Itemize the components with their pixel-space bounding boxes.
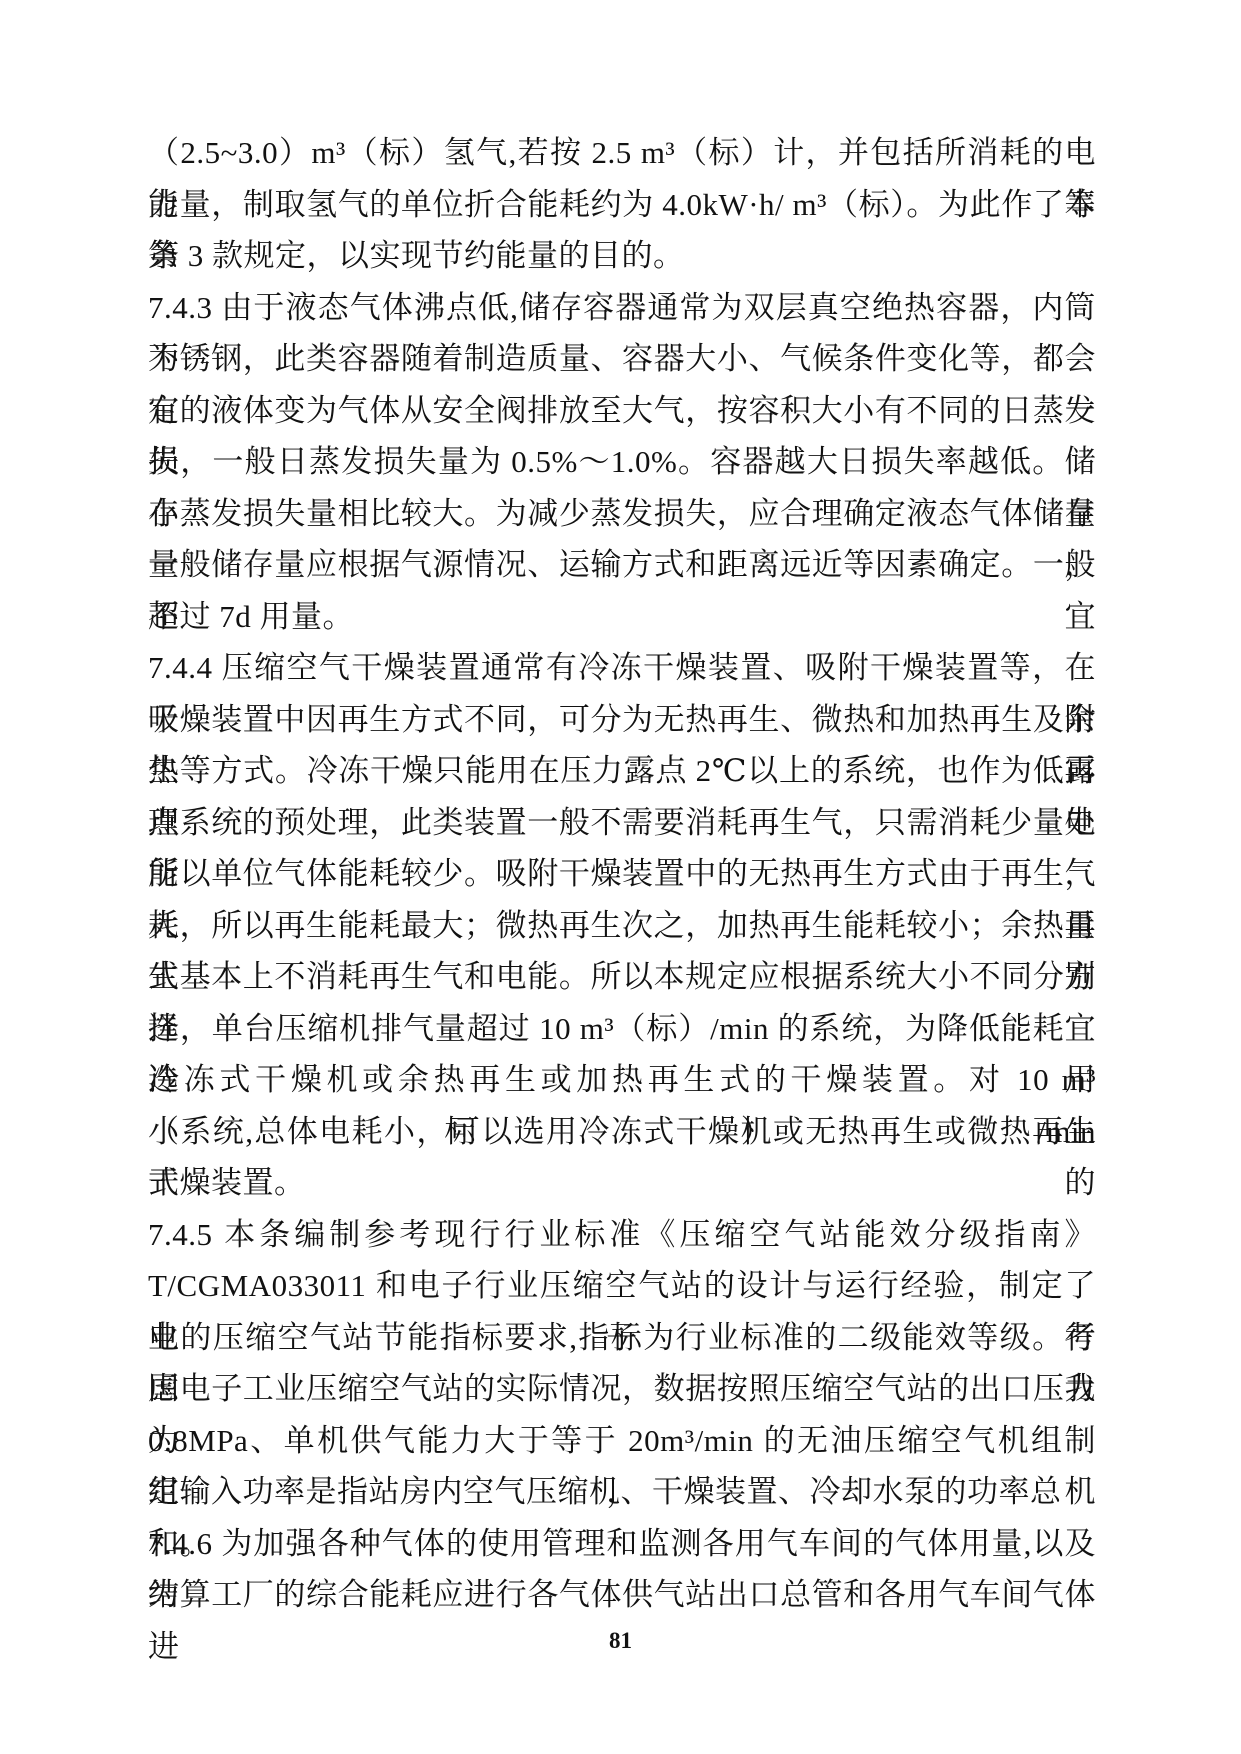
text-line: 择，单台压缩机排气量超过 10 m³（标）/min 的系统，为降低能耗宜选用 [148, 1003, 1096, 1055]
text-line: 失，一般日蒸发损失量为 0.5%～1.0%。容器越大日损失率越低。储存量 [148, 436, 1096, 488]
text-line: 小系统,总体电耗小，可以选用冷冻式干燥机或无热再生或微热再生式的 [148, 1106, 1096, 1158]
text-line: 国电子工业压缩空气站的实际情况，数据按照压缩空气站的出口压力为 [148, 1363, 1096, 1415]
text-line: 不锈钢，此类容器随着制造质量、容器大小、气候条件变化等，都会有一 [148, 333, 1096, 385]
text-line: 冷冻式干燥机或余热再生或加热再生式的干燥装置。对 10 m³（标）/min [148, 1054, 1096, 1106]
text-line: 生等方式。冷冻干燥只能用在压力露点 2℃以上的系统，也作为低露点处 [148, 745, 1096, 797]
text-line: 结算工厂的综合能耗应进行各气体供气站出口总管和各用气车间气体进 [148, 1569, 1096, 1621]
text-line: 大，所以再生能耗最大；微热再生次之，加热再生能耗较小；余热再生方 [148, 900, 1096, 952]
text-line: 0.8MPa、单机供气能力大于等于 20m³/min 的无油压缩空气机组制定，机 [148, 1415, 1096, 1467]
text-block: （2.5~3.0）m³（标）氢气,若按 2.5 m³（标）计，并包括所消耗的电力… [148, 127, 1096, 1621]
clause-7-4-6-line: 7.4.6 为加强各种气体的使用管理和监测各用气车间的气体用量,以及为 [148, 1518, 1096, 1570]
text-line: 理系统的预处理，此类装置一般不需要消耗再生气，只需消耗少量电能， [148, 797, 1096, 849]
document-page: （2.5~3.0）m³（标）氢气,若按 2.5 m³（标）计，并包括所消耗的电力… [0, 0, 1241, 1754]
text-line: 小蒸发损失量相比较大。为减少蒸发损失，应合理确定液态气体储存量， [148, 488, 1096, 540]
text-line: 业的压缩空气站节能指标要求,指标为行业标准的二级能效等级。考虑我 [148, 1312, 1096, 1364]
text-line: 定的液体变为气体从安全阀排放至大气，按容积大小有不同的日蒸发损 [148, 385, 1096, 437]
clause-7-4-5-line: 7.4.5 本条编制参考现行行业标准《压缩空气站能效分级指南》 [148, 1209, 1096, 1261]
text-line: 一般储存量应根据气源情况、运输方式和距离远近等因素确定。一般不宜 [148, 539, 1096, 591]
clause-7-4-3-line: 7.4.3 由于液态气体沸点低,储存容器通常为双层真空绝热容器，内筒为 [148, 282, 1096, 334]
text-line: 组输入功率是指站房内空气压缩机、干燥装置、冷却水泵的功率总和。 [148, 1466, 1096, 1518]
text-line: （2.5~3.0）m³（标）氢气,若按 2.5 m³（标）计，并包括所消耗的电力… [148, 127, 1096, 179]
text-line: T/CGMA033011 和电子行业压缩空气站的设计与运行经验，制定了电子行 [148, 1260, 1096, 1312]
text-line: 式基本上不消耗再生气和电能。所以本规定应根据系统大小不同分别选 [148, 951, 1096, 1003]
text-line: 第 3 款规定，以实现节约能量的目的。 [148, 230, 1096, 282]
page-number: 81 [0, 1628, 1241, 1654]
clause-7-4-4-line: 7.4.4 压缩空气干燥装置通常有冷冻干燥装置、吸附干燥装置等，在吸附 [148, 642, 1096, 694]
text-line: 所以单位气体能耗较少。吸附干燥装置中的无热再生方式由于再生气耗量 [148, 848, 1096, 900]
text-line: 能量，制取氢气的单位折合能耗约为 4.0kW·h/ m³（标）。为此作了本条 [148, 179, 1096, 231]
text-line: 干燥装置中因再生方式不同，可分为无热再生、微热和加热再生及余热再 [148, 694, 1096, 746]
